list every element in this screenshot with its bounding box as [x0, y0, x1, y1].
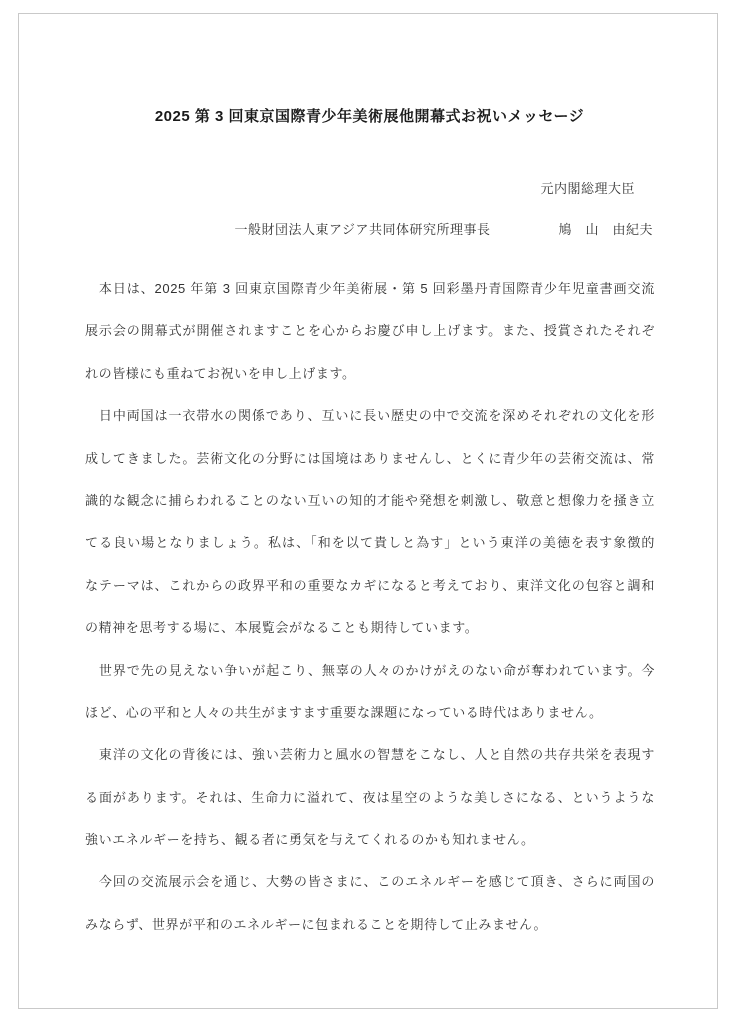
sender-position: 元内閣総理大臣	[540, 178, 635, 197]
body-line: 今回の交流展示会を通じ、大勢の皆さまに、このエネルギーを感じて頂き、さらに両国の	[85, 861, 655, 903]
body-line: 展示会の開幕式が開催されますことを心からお慶び申し上げます。また、授賞されたそれ…	[85, 310, 655, 352]
document-title: 2025 第 3 回東京国際青少年美術展他開幕式お祝いメッセージ	[0, 105, 739, 126]
sender-organization: 一般財団法人東アジア共同体研究所理事長	[235, 222, 491, 237]
body-line: 日中両国は一衣帯水の関係であり、互いに長い歴史の中で交流を深めそれぞれの文化を形	[85, 395, 655, 437]
sender-name: 鳩 山 由紀夫	[558, 222, 653, 237]
body-line: れの皆様にも重ねてお祝いを申し上げます。	[85, 353, 655, 395]
body-line: 東洋の文化の背後には、強い芸術力と風水の智慧をこなし、人と自然の共存共栄を表現す	[85, 734, 655, 776]
document-page: 2025 第 3 回東京国際青少年美術展他開幕式お祝いメッセージ 元内閣総理大臣…	[0, 0, 739, 1025]
body-line: 本日は、2025 年第 3 回東京国際青少年美術展・第 5 回彩墨丹青国際青少年…	[85, 268, 655, 310]
body-line: の精神を思考する場に、本展覧会がなることも期待しています。	[85, 607, 655, 649]
document-body: 本日は、2025 年第 3 回東京国際青少年美術展・第 5 回彩墨丹青国際青少年…	[85, 268, 655, 946]
body-line: 世界で先の見えない争いが起こり、無辜の人々のかけがえのない命が奪われています。今	[85, 650, 655, 692]
body-line: 識的な観念に捕らわれることのない互いの知的才能や発想を刺激し、敬意と想像力を掻き…	[85, 480, 655, 522]
body-line: る面があります。それは、生命力に溢れて、夜は星空のような美しさになる、というよう…	[85, 777, 655, 819]
body-line: ほど、心の平和と人々の共生がますます重要な課題になっている時代はありません。	[85, 692, 655, 734]
sender-line: 一般財団法人東アジア共同体研究所理事長鳩 山 由紀夫	[235, 219, 654, 238]
body-line: 成してきました。芸術文化の分野には国境はありませんし、とくに青少年の芸術交流は、…	[85, 438, 655, 480]
body-line: なテーマは、これからの政界平和の重要なカギになると考えており、東洋文化の包容と調…	[85, 565, 655, 607]
body-line: てる良い場となりましょう。私は、「和を以て貴しと為す」という東洋の美徳を表す象徴…	[85, 522, 655, 564]
body-line: みならず、世界が平和のエネルギーに包まれることを期待して止みません。	[85, 904, 655, 946]
body-line: 強いエネルギーを持ち、観る者に勇気を与えてくれるのかも知れません。	[85, 819, 655, 861]
